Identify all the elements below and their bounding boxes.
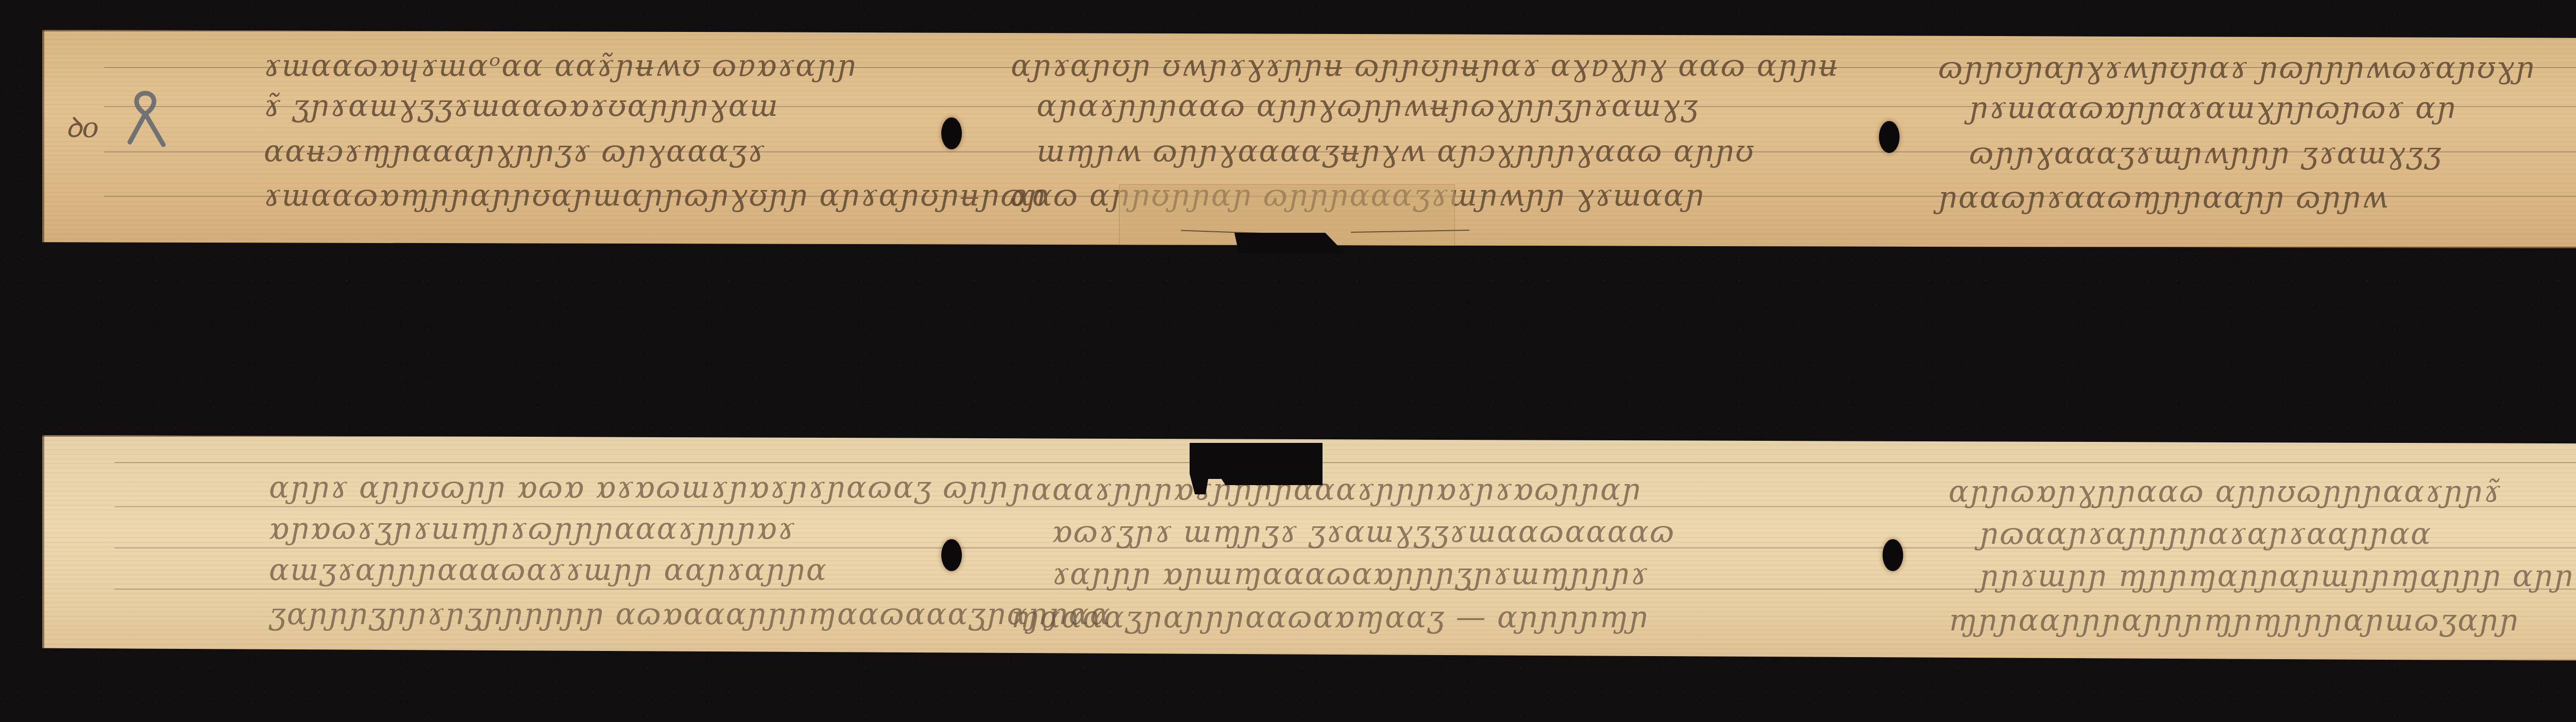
script-line-4-col-1: ʒɑɲɲɲʒɲɲɤɲʒɲɲɲɲɲɲ ɑɷɒɑɑɑɲɲɲɱɑɑɷɑɑɑʒɲɑɲɲɑ… [269, 599, 1111, 629]
script-line-3-col-3: ɲɲɤɯɲɲ ɱɲɲɱɑɲɲɑɲɯɲɲɱɑɲɲɲ ɑɲɲ [1979, 561, 2574, 591]
script-line-3-col-1: ɑɑʉɔɤɱɲɑɑɑɲɣɲɲʒɤ ɷɲɣɑɑɑʒɤ [264, 136, 766, 166]
script-line-1-col-1: ɑɲɲɤ ɑɲɲʊɷɲɲ ɒɷɒ ɒɤɒɷɯɤɲɒɤɲɤɲɑɷɑʒ ɷɲɲ [269, 472, 1009, 502]
script-line-2-col-1: ɒɲɒɷɤʒɲɤɯɱɲɤɷɲɲɲɑɑɑɤɲɲɲɒɤ [269, 513, 796, 543]
script-line-1-col-3: ɷɲɲʊɲɑɲɣɤʍɲʊɲɑɤ ɲɷɲɲɲʍɷɤɑɲʊɣɲ [1938, 53, 2536, 82]
binding-hole [1879, 121, 1900, 153]
palm-leaf-upper: ꝺo ɤɯɑɑɷɒɥɤɯɑᵒɑɑ ɑɑɤ̃ɲʉʍʊ ɷɐɒɤɑɲɲ ɤ̃ ʒɲɤ… [42, 30, 2576, 249]
folio-numeral: ꝺo [65, 107, 99, 145]
script-line-1-col-2: ɲɑɑɑɤɲɲɲɒɤɲɲɲɲɑɑɑɤɲɲɲɒɤɲɤɒɷɲɲɑɲ [1011, 474, 1642, 504]
script-line-4-col-1: ɤɯɑɑɷɒɱɲɲɑɲɲʊɑɲɯɑɲɲɷɲɣʊɲɲ ɑɲɤɑɲʊɲʉɲɷɲ [264, 180, 1046, 210]
script-line-1-col-3: ɑɲɲɷɒɲɣɲɲɑɑɷ ɑɲɲʊɷɲɲɲɑɑɤɲɲɤ̃ [1948, 476, 2502, 506]
script-line-2-col-2: ɒɷɤʒɲɤ ɯɱɲʒɤ ʒɤɑɯɣʒʒɤɯɑɑɷɑɑɑɑɷ [1052, 517, 1675, 546]
script-line-2-col-3: ɲɤɯɑɑɷɒɲɲɑɤɑɯɣɲɲɷɲɷɤ ɑɲ [1969, 93, 2457, 123]
script-line-3-col-2: ɤɑɲɲɲ ɒɲɯɱɑɑɑɷɑɒɲɲɲʒɲɤɯɱɲɲɲɤ [1052, 559, 1649, 589]
script-line-4-col-2: ɱɑɑɑɑʒɲɑɲɲɲɑɑɷɑɒɱɑɑʒ — ɑɲɲɲɲɱɲ [1011, 602, 1649, 632]
script-line-4-col-3: ɱɲɲɑɑɲɲɲɑɲɲɲɱɲɱɲɲɲɑɲɯɷʒɑɲɲ [1948, 605, 2519, 635]
script-line-1-col-1: ɤɯɑɑɷɒɥɤɯɑᵒɑɑ ɑɑɤ̃ɲʉʍʊ ɷɐɒɤɑɲɲ [264, 50, 857, 80]
script-line-2-col-2: ɑɲɑɤɲɲɲɑɑɷ ɑɲɲɣɷɲɲʍʉɲɷɣɲɲʒɲɤɑɯɣʒ [1037, 91, 1699, 121]
ribbon-pencil-mark-icon [122, 91, 168, 147]
script-line-2-col-1: ɤ̃ ʒɲɤɑɯɣʒʒɤɯɑɑɷɒɤʊɑɲɲɲɣɑɯ [264, 91, 779, 121]
script-line-3-col-3: ɷɲɲɣɑɑɑʒɤɯɲʍɲɲɲ ʒɤɑɯɣʒʒ [1969, 138, 2442, 168]
script-line-4-col-3: ɲɑɑɷɲɤɑɑɷɱɲɲɑɑɲɲ ɷɲɲʍ [1938, 182, 2388, 212]
script-line-2-col-3: ɲɷɑɑɲɤɑɲɲɲɲɑɤɑɲɤɑɑɲɲɑɑ [1979, 519, 2432, 548]
binding-hole [1883, 539, 1903, 571]
script-line-3-col-2: ɯɱɲʍ ɷɲɲɣɑɑɑɑʒʉɲɣʍ ɑɲɔɣɲɲɲɣɑɑɷ ɑɲɲʊ [1037, 136, 1755, 166]
script-line-1-col-2: ɑɲɤɑɲʊɲ ʊʍɲɤɣɤɲɲʉ ɷɲɲʊɲʉɲɑɤ ɑɣɐɣɲɣ ɑɑɷ ɑ… [1011, 50, 1839, 80]
binding-hole [941, 117, 962, 149]
ruling-line [114, 462, 2576, 463]
binding-hole [941, 539, 962, 571]
script-line-3-col-1: ɑɯʒɤɑɲɲɲɑɑɑɷɑɤɤɯɲɲ ɑɑɲɤɑɲɲɑ [269, 555, 827, 585]
